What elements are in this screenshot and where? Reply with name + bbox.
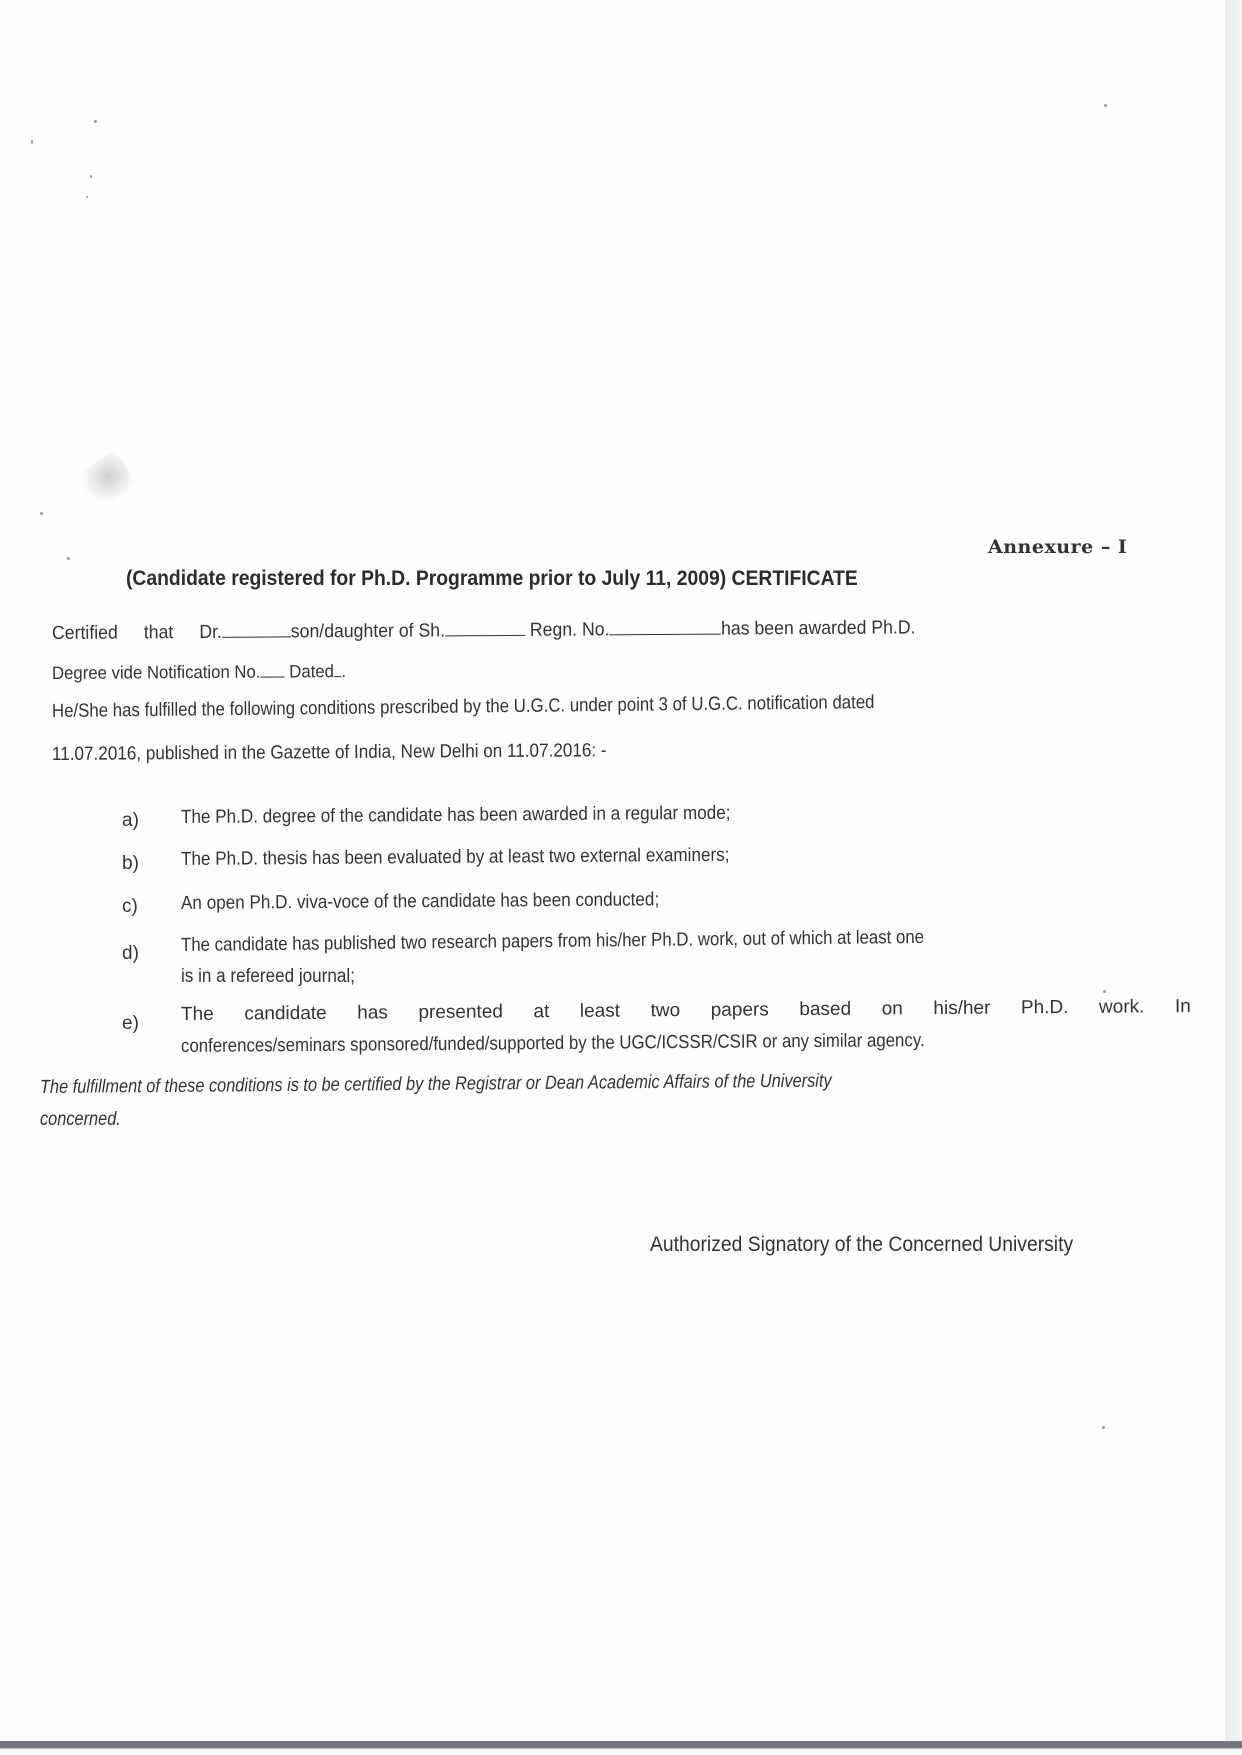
degree-line: Degree vide Notification No. Dated. (52, 662, 346, 682)
notification-no-blank[interactable] (260, 662, 284, 677)
condition-d-text-line-1: The candidate has published two research… (181, 927, 924, 957)
conditions-intro-line-2: 11.07.2016, published in the Gazette of … (52, 741, 607, 764)
condition-e-text-line-2: conferences/seminars sponsored/funded/su… (181, 1030, 925, 1058)
condition-e-word: his/her (933, 998, 990, 1020)
certification-note-line-2: concerned. (40, 1110, 121, 1129)
condition-e-word: presented (418, 1001, 503, 1024)
certification-note-line-1: The fulfillment of these conditions is t… (40, 1072, 832, 1097)
condition-e-word: on (882, 998, 903, 1020)
father-name-blank[interactable] (445, 621, 525, 637)
scan-speck (1104, 104, 1107, 107)
certificate-line: CertifiedthatDr.son/daughter of Sh. Regn… (52, 618, 916, 643)
condition-c-label: c) (122, 896, 138, 918)
condition-e-label: e) (122, 1013, 139, 1035)
awarded-text: has been awarded Ph.D. (721, 617, 916, 639)
condition-e-word: based (799, 999, 851, 1021)
that-word: that (144, 622, 174, 643)
condition-a-text: The Ph.D. degree of the candidate has be… (181, 803, 731, 829)
condition-e-word: Ph.D. (1021, 997, 1069, 1019)
condition-e-word: papers (711, 999, 769, 1021)
condition-d-label: d) (122, 943, 139, 965)
name-blank[interactable] (222, 622, 291, 637)
scan-speck (1102, 1426, 1105, 1429)
scan-speck (1103, 990, 1106, 993)
condition-e-word: has (357, 1002, 388, 1024)
scanned-page-bottom-edge (0, 1741, 1242, 1755)
condition-e-word: least (580, 1001, 620, 1023)
condition-e-word: In (1175, 996, 1191, 1018)
scan-speck (40, 512, 43, 515)
condition-e-word: at (533, 1001, 549, 1023)
notification-label: Degree vide Notification No. (52, 662, 261, 683)
condition-e-text-line-1: Thecandidatehaspresentedatleasttwopapers… (181, 996, 1191, 1026)
condition-e-word: The (181, 1004, 214, 1026)
authorized-signatory: Authorized Signatory of the Concerned Un… (650, 1234, 1073, 1255)
condition-b-text: The Ph.D. thesis has been evaluated by a… (181, 845, 730, 871)
scan-speck (67, 557, 70, 560)
annexure-label: Annexure – I (988, 538, 1127, 557)
condition-e-word: work. (1099, 996, 1145, 1018)
scanned-page-right-edge (1225, 0, 1242, 1755)
dated-label: Dated (289, 661, 334, 681)
conditions-intro-line-1: He/She has fulfilled the following condi… (52, 693, 875, 721)
degree-line-period: . (341, 661, 346, 681)
scan-speck (90, 175, 92, 178)
condition-b-label: b) (122, 853, 139, 875)
condition-c-text: An open Ph.D. viva-voce of the candidate… (181, 889, 659, 915)
condition-a-label: a) (122, 810, 139, 832)
certificate-title: (Candidate registered for Ph.D. Programm… (126, 568, 858, 589)
scan-speck (31, 140, 33, 144)
dr-label: Dr. (199, 622, 222, 643)
scan-speck (94, 120, 97, 123)
condition-e-word: candidate (244, 1003, 327, 1026)
condition-d-text-line-2: is in a refereed journal; (181, 966, 355, 988)
scan-speck (86, 196, 88, 198)
son-daughter-label: son/daughter of Sh. (291, 620, 445, 642)
scan-smudge (73, 450, 140, 516)
certified-word: Certified (52, 623, 118, 644)
condition-e-word: two (650, 1000, 680, 1022)
regn-no-label: Regn. No. (530, 619, 610, 641)
regn-no-blank[interactable] (609, 620, 721, 636)
